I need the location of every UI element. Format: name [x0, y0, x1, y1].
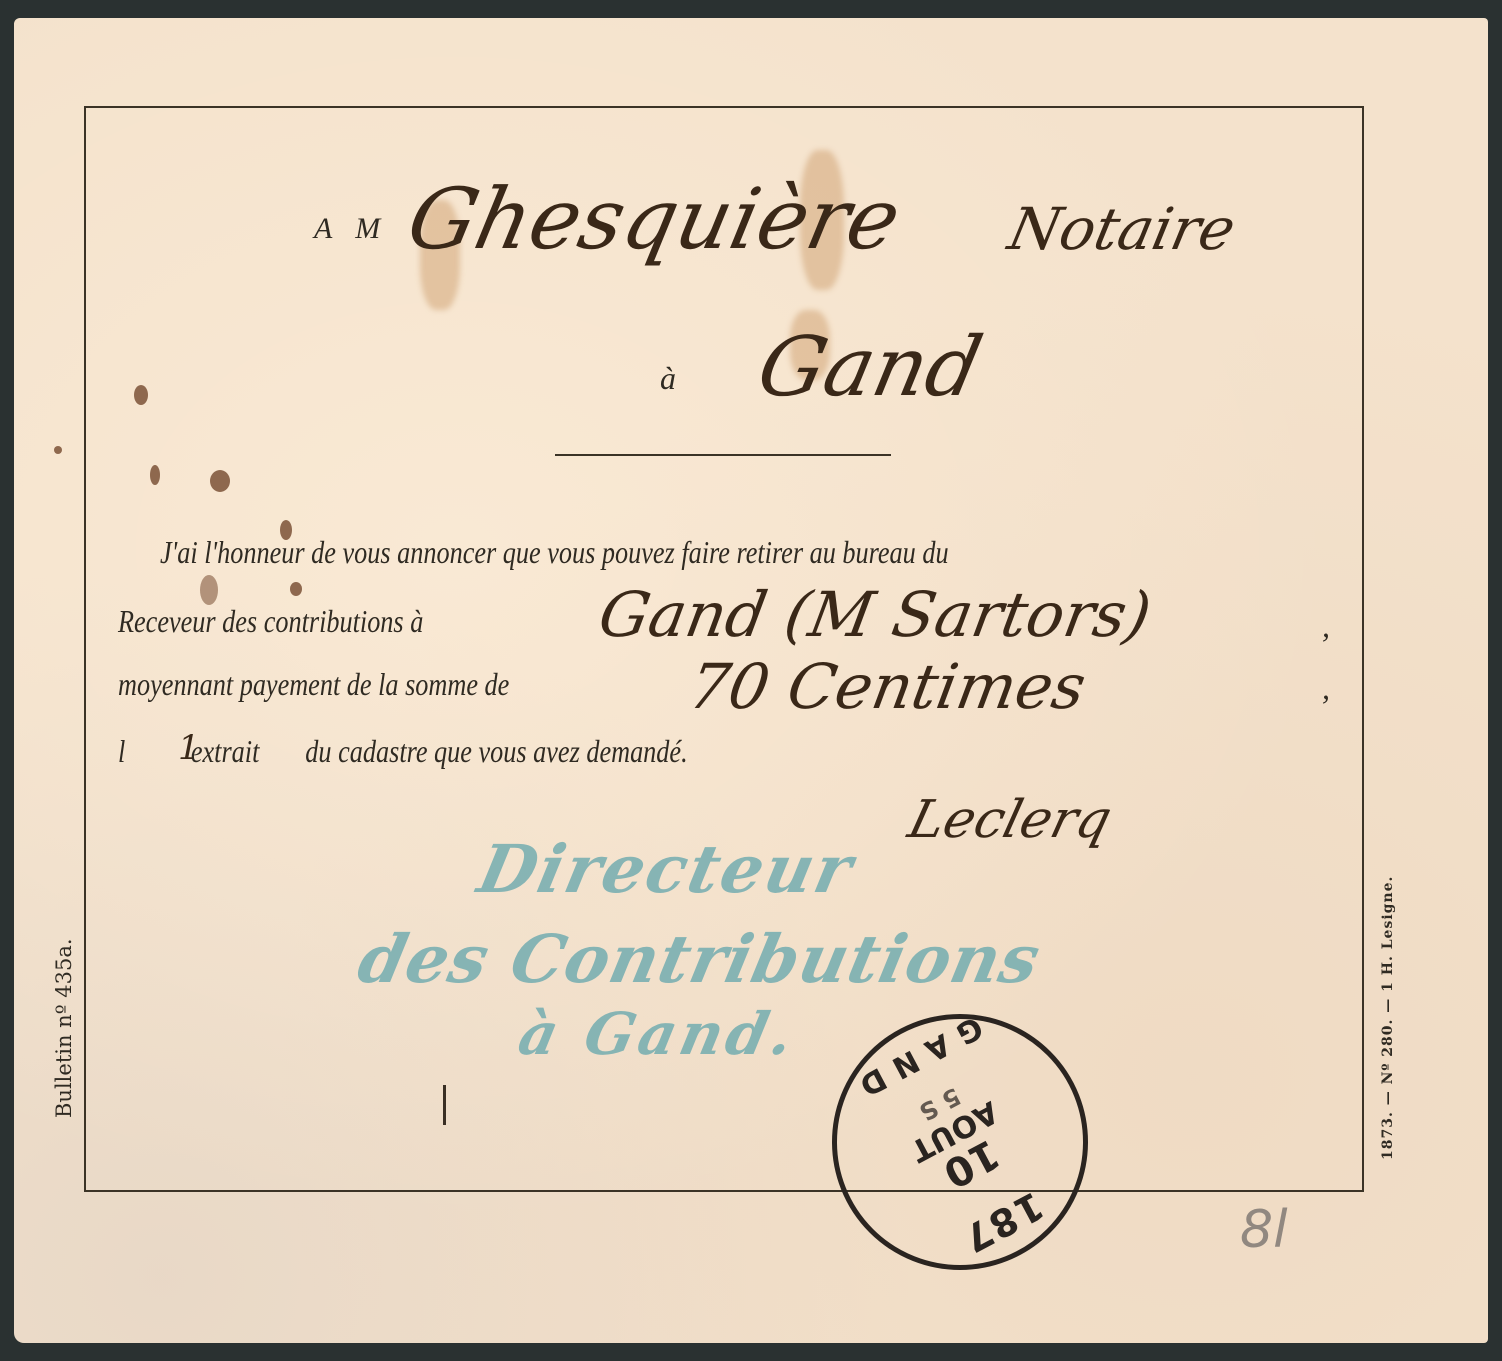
ink-spot [134, 385, 148, 405]
pencil-note: 8l [1240, 1200, 1288, 1260]
ink-spot [200, 575, 218, 605]
printer-imprint: 1873. — Nº 280. — 1 H. Lesigne. [1380, 876, 1396, 1160]
handwritten-amount: 70 Centimes [684, 650, 1092, 723]
body-line-4: l extrait du cadastre que vous avez dema… [118, 733, 688, 770]
body-line-3: moyennant payement de la somme de [118, 666, 509, 703]
body-line-2: Receveur des contributions à [118, 603, 423, 640]
handwritten-office: Gand (M Sartors) [594, 578, 1157, 651]
ink-spot [150, 465, 160, 485]
director-stamp-line-2: des Contributions [352, 920, 1048, 998]
city-prefix: à [660, 360, 676, 397]
line4-prefix: l [118, 733, 125, 769]
pen-mark [443, 1085, 446, 1125]
comma: , [1322, 670, 1330, 707]
ink-spot [210, 470, 230, 492]
handwritten-addressee-title: Notaire [1003, 195, 1242, 263]
address-underline [555, 454, 891, 456]
director-stamp-line-1: Directeur [472, 830, 861, 908]
handwritten-city: Gand [750, 320, 990, 415]
addressee-prefix: A M [314, 212, 388, 246]
comma: , [1322, 608, 1330, 645]
ink-spot [54, 446, 62, 454]
ink-spot [290, 582, 302, 596]
bulletin-number: Bulletin nº 435a. [52, 938, 76, 1118]
signature: Leclerq [903, 790, 1118, 850]
handwritten-addressee-name: Ghesquière [400, 170, 909, 268]
handwritten-count: 1 [178, 728, 200, 768]
body-line-1: J'ai l'honneur de vous annoncer que vous… [160, 534, 949, 571]
line4-suffix: du cadastre que vous avez demandé. [305, 733, 687, 769]
gand-postmark: 187 10 AOUT 5 S GAND [832, 1014, 1088, 1270]
line4-mid: extrait [191, 733, 259, 769]
director-stamp-line-3: à Gand. [513, 1000, 803, 1068]
